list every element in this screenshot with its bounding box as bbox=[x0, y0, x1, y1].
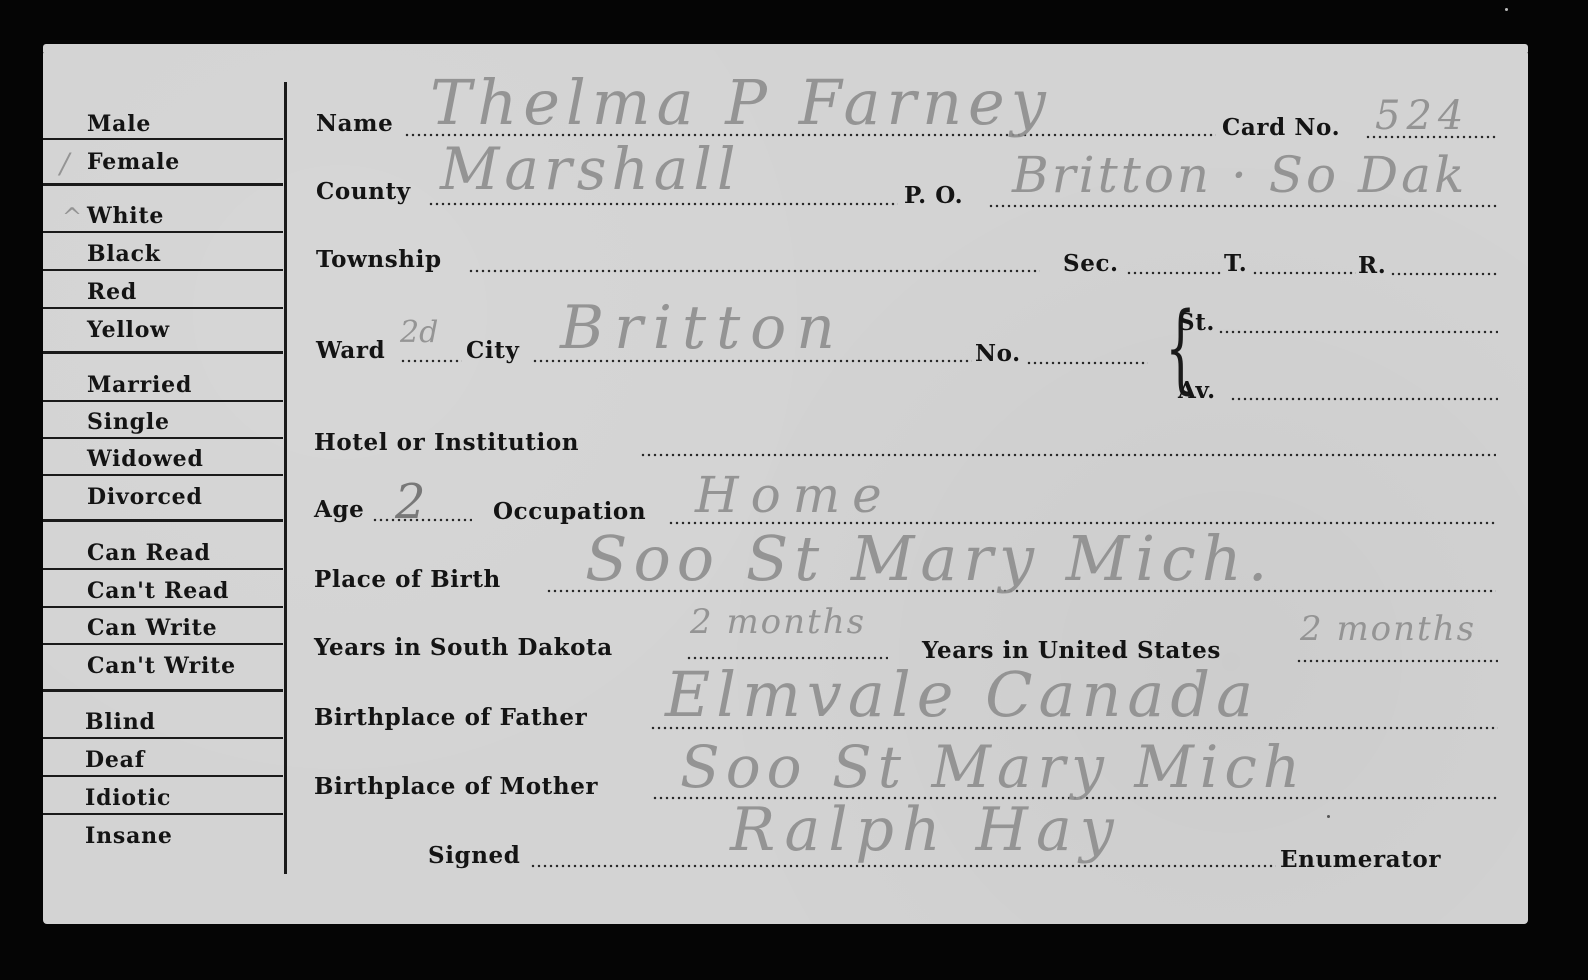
sidebar-item-black: Black bbox=[87, 243, 161, 265]
divider bbox=[43, 307, 283, 309]
signature-value[interactable]: Ralph Hay bbox=[730, 800, 1122, 860]
sidebar-item-widowed: Widowed bbox=[87, 448, 204, 470]
name-label: Name bbox=[316, 112, 393, 135]
ward-value[interactable]: 2d bbox=[400, 318, 438, 348]
divider bbox=[43, 775, 283, 777]
hotel-label: Hotel or Institution bbox=[314, 431, 579, 454]
av-dotted-line bbox=[1230, 397, 1498, 401]
signed-label: Signed bbox=[428, 844, 520, 867]
sidebar-item-cant-write: Can't Write bbox=[87, 655, 236, 677]
white-check-mark: ^ bbox=[62, 205, 82, 229]
years-us-value[interactable]: 2 months bbox=[1300, 612, 1476, 646]
divider bbox=[43, 437, 283, 439]
city-label: City bbox=[466, 339, 519, 362]
name-value[interactable]: Thelma P Farney bbox=[430, 72, 1052, 134]
township-label: Township bbox=[316, 248, 442, 271]
t-label: T. bbox=[1224, 252, 1247, 275]
dust-speck bbox=[1327, 815, 1330, 818]
years-sd-label: Years in South Dakota bbox=[314, 636, 613, 659]
ward-label: Ward bbox=[316, 339, 385, 362]
group-divider bbox=[43, 519, 283, 522]
county-value[interactable]: Marshall bbox=[440, 140, 741, 198]
sidebar-item-yellow: Yellow bbox=[87, 319, 170, 341]
divider bbox=[43, 813, 283, 815]
st-dotted-line bbox=[1218, 330, 1498, 334]
father-birthplace-value[interactable]: Elmvale Canada bbox=[665, 664, 1259, 726]
no-dotted-line bbox=[1026, 361, 1148, 365]
card-no-value[interactable]: 524 bbox=[1375, 96, 1469, 136]
divider bbox=[43, 231, 283, 233]
group-divider bbox=[43, 351, 283, 354]
divider bbox=[43, 737, 283, 739]
county-label: County bbox=[316, 180, 411, 203]
place-of-birth-label: Place of Birth bbox=[314, 568, 501, 591]
sidebar-item-insane: Insane bbox=[85, 825, 173, 847]
father-birthplace-label: Birthplace of Father bbox=[314, 706, 587, 729]
no-label: No. bbox=[975, 342, 1021, 365]
divider bbox=[43, 643, 283, 645]
group-divider bbox=[43, 689, 283, 692]
po-value[interactable]: Britton · So Dak bbox=[1012, 150, 1467, 200]
hotel-dotted-line bbox=[640, 453, 1496, 457]
ward-dotted-line bbox=[400, 359, 462, 363]
column-divider bbox=[284, 82, 287, 874]
sidebar-item-single: Single bbox=[87, 411, 170, 433]
sidebar-item-red: Red bbox=[87, 281, 137, 303]
mother-birthplace-value[interactable]: Soo St Mary Mich bbox=[680, 738, 1306, 796]
sidebar-item-female: Female bbox=[87, 151, 180, 173]
r-label: R. bbox=[1358, 254, 1386, 277]
card-no-label: Card No. bbox=[1222, 116, 1340, 139]
occupation-value[interactable]: Home bbox=[695, 470, 894, 520]
age-value[interactable]: 2 bbox=[395, 478, 426, 526]
place-of-birth-value[interactable]: Soo St Mary Mich. bbox=[585, 528, 1273, 590]
dust-speck bbox=[1505, 8, 1508, 11]
occupation-label: Occupation bbox=[493, 500, 646, 523]
st-label: St. bbox=[1178, 311, 1215, 334]
sec-dotted-line bbox=[1126, 271, 1222, 275]
enumerator-label: Enumerator bbox=[1280, 848, 1441, 871]
divider bbox=[43, 138, 283, 140]
mother-birthplace-label: Birthplace of Mother bbox=[314, 775, 598, 798]
divider bbox=[43, 606, 283, 608]
township-dotted-line bbox=[468, 269, 1040, 273]
sidebar-item-idiotic: Idiotic bbox=[85, 787, 171, 809]
sidebar-item-male: Male bbox=[87, 113, 151, 135]
sidebar-item-divorced: Divorced bbox=[87, 486, 203, 508]
av-label: Av. bbox=[1178, 379, 1216, 402]
t-dotted-line bbox=[1252, 271, 1356, 275]
sidebar-item-married: Married bbox=[87, 374, 192, 396]
years-us-dotted-line bbox=[1296, 659, 1498, 663]
sidebar-item-white: White bbox=[87, 205, 164, 227]
age-label: Age bbox=[314, 498, 364, 521]
r-dotted-line bbox=[1390, 272, 1498, 276]
sidebar-item-can-read: Can Read bbox=[87, 542, 211, 564]
divider bbox=[43, 474, 283, 476]
years-sd-value[interactable]: 2 months bbox=[690, 605, 866, 639]
po-dotted-line bbox=[988, 204, 1498, 208]
city-value[interactable]: Britton bbox=[560, 298, 845, 358]
sidebar-item-cant-read: Can't Read bbox=[87, 580, 229, 602]
divider bbox=[43, 269, 283, 271]
divider bbox=[43, 400, 283, 402]
sidebar-item-can-write: Can Write bbox=[87, 617, 217, 639]
sidebar-item-deaf: Deaf bbox=[85, 749, 145, 771]
sec-label: Sec. bbox=[1063, 252, 1119, 275]
female-check-mark: / bbox=[60, 150, 69, 178]
group-divider bbox=[43, 183, 283, 186]
divider bbox=[43, 568, 283, 570]
sidebar-item-blind: Blind bbox=[85, 711, 156, 733]
po-label: P. O. bbox=[904, 184, 963, 207]
